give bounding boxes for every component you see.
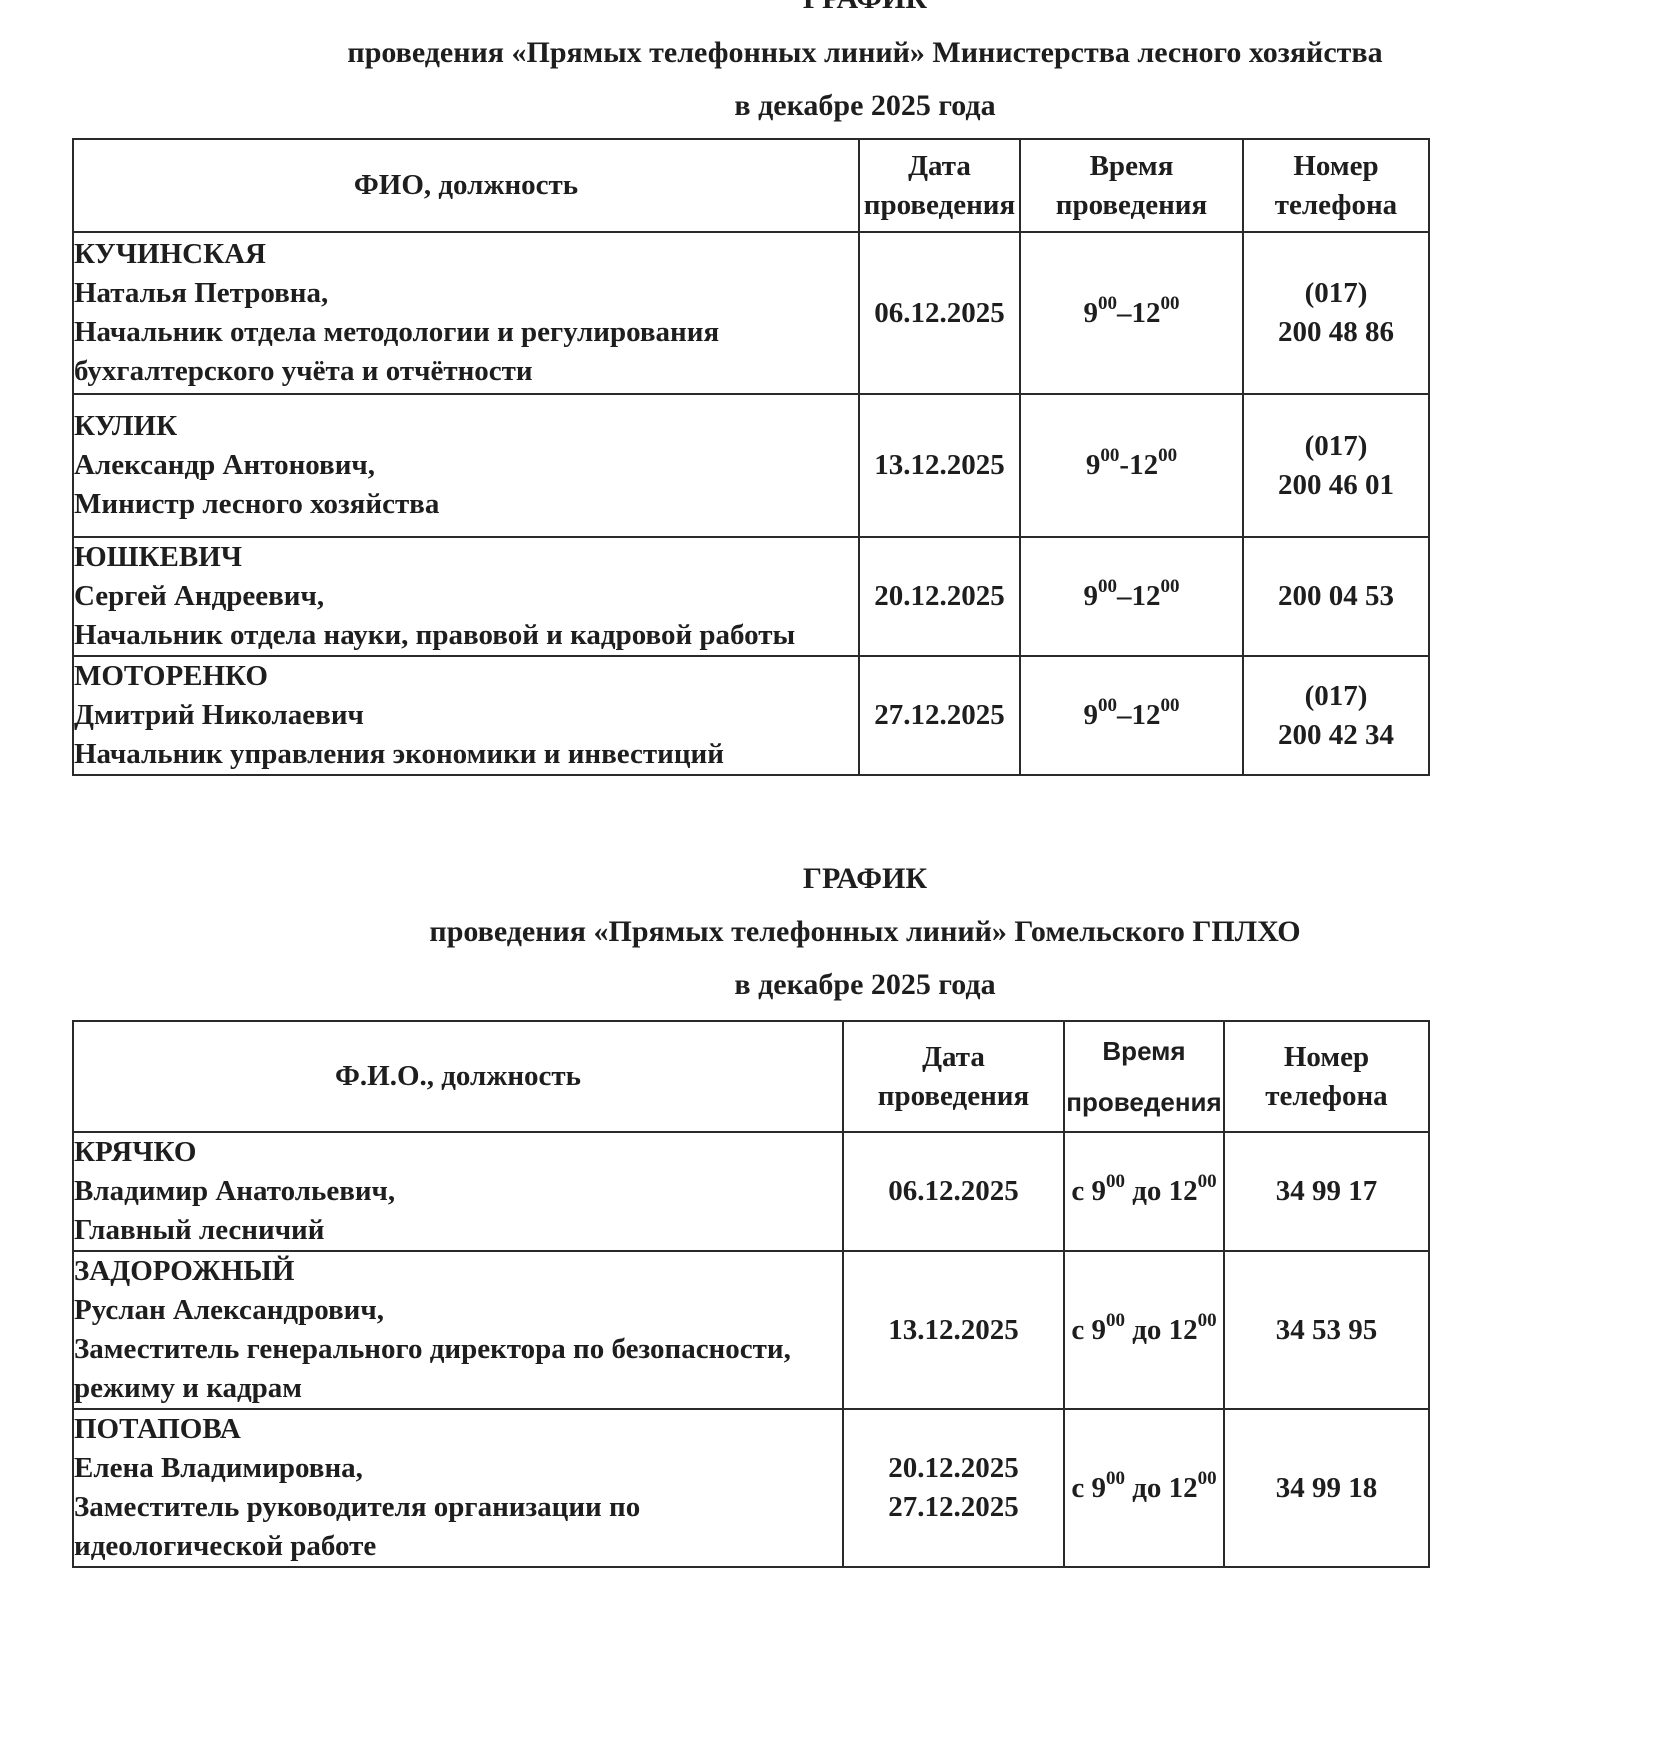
- schedule1-title: ГРАФИК: [0, 0, 1654, 16]
- table-row: КУЧИНСКАЯНаталья Петровна,Начальник отде…: [73, 232, 1429, 394]
- date-cell: 06.12.2025: [859, 232, 1020, 394]
- table-row: КРЯЧКОВладимир Анатольевич,Главный лесни…: [73, 1132, 1429, 1251]
- phone-cell: 34 99 17: [1224, 1132, 1429, 1251]
- given-name: Наталья Петровна,: [74, 274, 858, 313]
- header-person: ФИО, должность: [73, 139, 859, 232]
- date-value: 20.12.2025: [844, 1449, 1063, 1488]
- position-line: бухгалтерского учёта и отчётности: [74, 352, 858, 391]
- date-value: 13.12.2025: [860, 446, 1019, 485]
- schedule2-table: Ф.И.О., должность Датапроведения Времяпр…: [72, 1020, 1430, 1568]
- phone-value: (017): [1244, 274, 1428, 313]
- date-value: 20.12.2025: [860, 577, 1019, 616]
- surname: ЮШКЕВИЧ: [74, 538, 858, 577]
- position-line: Начальник отдела науки, правовой и кадро…: [74, 616, 858, 655]
- given-name: Дмитрий Николаевич: [74, 696, 858, 735]
- position-line: Заместитель генерального директора по бе…: [74, 1330, 842, 1369]
- surname: КУЛИК: [74, 407, 858, 446]
- position-line: Заместитель руководителя организации по: [74, 1488, 842, 1527]
- table-row: ЗАДОРОЖНЫЙРуслан Александрович,Заместите…: [73, 1251, 1429, 1409]
- position-line: Начальник управления экономики и инвести…: [74, 735, 858, 774]
- position-line: идеологической работе: [74, 1527, 842, 1566]
- person-cell: ПОТАПОВАЕлена Владимировна,Заместитель р…: [73, 1409, 843, 1567]
- position-line: Начальник отдела методологии и регулиров…: [74, 313, 858, 352]
- date-cell: 13.12.2025: [843, 1251, 1064, 1409]
- phone-value: 34 53 95: [1225, 1311, 1428, 1350]
- table-row: ЮШКЕВИЧСергей Андреевич,Начальник отдела…: [73, 537, 1429, 656]
- position-line: режиму и кадрам: [74, 1369, 842, 1408]
- schedule2-period: в декабре 2025 года: [0, 968, 1654, 1002]
- person-cell: ЮШКЕВИЧСергей Андреевич,Начальник отдела…: [73, 537, 859, 656]
- person-cell: КУЛИКАлександр Антонович,Министр лесного…: [73, 394, 859, 537]
- given-name: Сергей Андреевич,: [74, 577, 858, 616]
- table-row: МОТОРЕНКОДмитрий НиколаевичНачальник упр…: [73, 656, 1429, 775]
- header-date: Датапроведения: [843, 1021, 1064, 1132]
- surname: КУЧИНСКАЯ: [74, 235, 858, 274]
- header-person: Ф.И.О., должность: [73, 1021, 843, 1132]
- phone-cell: (017)200 42 34: [1243, 656, 1429, 775]
- phone-value: 200 04 53: [1244, 577, 1428, 616]
- position-line: Министр лесного хозяйства: [74, 485, 858, 524]
- date-cell: 20.12.2025: [859, 537, 1020, 656]
- given-name: Александр Антонович,: [74, 446, 858, 485]
- phone-value: 200 48 86: [1244, 313, 1428, 352]
- surname: ЗАДОРОЖНЫЙ: [74, 1252, 842, 1291]
- person-cell: МОТОРЕНКОДмитрий НиколаевичНачальник упр…: [73, 656, 859, 775]
- schedule1-body: КУЧИНСКАЯНаталья Петровна,Начальник отде…: [73, 232, 1429, 775]
- date-cell: 13.12.2025: [859, 394, 1020, 537]
- phone-value: 34 99 17: [1225, 1172, 1428, 1211]
- surname: ПОТАПОВА: [74, 1410, 842, 1449]
- phone-value: 34 99 18: [1225, 1469, 1428, 1508]
- date-cell: 27.12.2025: [859, 656, 1020, 775]
- phone-cell: 34 99 18: [1224, 1409, 1429, 1567]
- header-time: Времяпроведения: [1064, 1021, 1224, 1132]
- schedule2-title: ГРАФИК: [0, 862, 1654, 896]
- schedule2-body: КРЯЧКОВладимир Анатольевич,Главный лесни…: [73, 1132, 1429, 1567]
- phone-cell: 34 53 95: [1224, 1251, 1429, 1409]
- time-cell: с 900 до 1200: [1064, 1409, 1224, 1567]
- phone-cell: (017)200 46 01: [1243, 394, 1429, 537]
- header-date: Датапроведения: [859, 139, 1020, 232]
- phone-cell: (017)200 48 86: [1243, 232, 1429, 394]
- time-cell: с 900 до 1200: [1064, 1132, 1224, 1251]
- date-cell: 06.12.2025: [843, 1132, 1064, 1251]
- phone-value: 200 42 34: [1244, 716, 1428, 755]
- time-cell: 900–1200: [1020, 656, 1243, 775]
- date-value: 27.12.2025: [844, 1488, 1063, 1527]
- header-time: Времяпроведения: [1020, 139, 1243, 232]
- date-value: 06.12.2025: [844, 1172, 1063, 1211]
- surname: КРЯЧКО: [74, 1133, 842, 1172]
- date-value: 27.12.2025: [860, 696, 1019, 735]
- date-cell: 20.12.202527.12.2025: [843, 1409, 1064, 1567]
- position-line: Главный лесничий: [74, 1211, 842, 1250]
- schedule2-subtitle: проведения «Прямых телефонных линий» Гом…: [0, 915, 1654, 949]
- phone-value: (017): [1244, 677, 1428, 716]
- schedule1-subtitle: проведения «Прямых телефонных линий» Мин…: [0, 36, 1654, 70]
- surname: МОТОРЕНКО: [74, 657, 858, 696]
- schedule1-period: в декабре 2025 года: [0, 89, 1654, 123]
- phone-value: 200 46 01: [1244, 466, 1428, 505]
- date-value: 13.12.2025: [844, 1311, 1063, 1350]
- given-name: Елена Владимировна,: [74, 1449, 842, 1488]
- table-row: ПОТАПОВАЕлена Владимировна,Заместитель р…: [73, 1409, 1429, 1567]
- table-header-row: Ф.И.О., должность Датапроведения Времяпр…: [73, 1021, 1429, 1132]
- schedule1-table: ФИО, должность Датапроведения Времяпрове…: [72, 138, 1430, 776]
- time-cell: с 900 до 1200: [1064, 1251, 1224, 1409]
- header-phone: Номертелефона: [1243, 139, 1429, 232]
- phone-value: (017): [1244, 427, 1428, 466]
- header-phone: Номертелефона: [1224, 1021, 1429, 1132]
- table-header-row: ФИО, должность Датапроведения Времяпрове…: [73, 139, 1429, 232]
- person-cell: КРЯЧКОВладимир Анатольевич,Главный лесни…: [73, 1132, 843, 1251]
- date-value: 06.12.2025: [860, 294, 1019, 333]
- given-name: Руслан Александрович,: [74, 1291, 842, 1330]
- person-cell: ЗАДОРОЖНЫЙРуслан Александрович,Заместите…: [73, 1251, 843, 1409]
- time-cell: 900-1200: [1020, 394, 1243, 537]
- phone-cell: 200 04 53: [1243, 537, 1429, 656]
- time-cell: 900–1200: [1020, 232, 1243, 394]
- given-name: Владимир Анатольевич,: [74, 1172, 842, 1211]
- person-cell: КУЧИНСКАЯНаталья Петровна,Начальник отде…: [73, 232, 859, 394]
- table-row: КУЛИКАлександр Антонович,Министр лесного…: [73, 394, 1429, 537]
- time-cell: 900–1200: [1020, 537, 1243, 656]
